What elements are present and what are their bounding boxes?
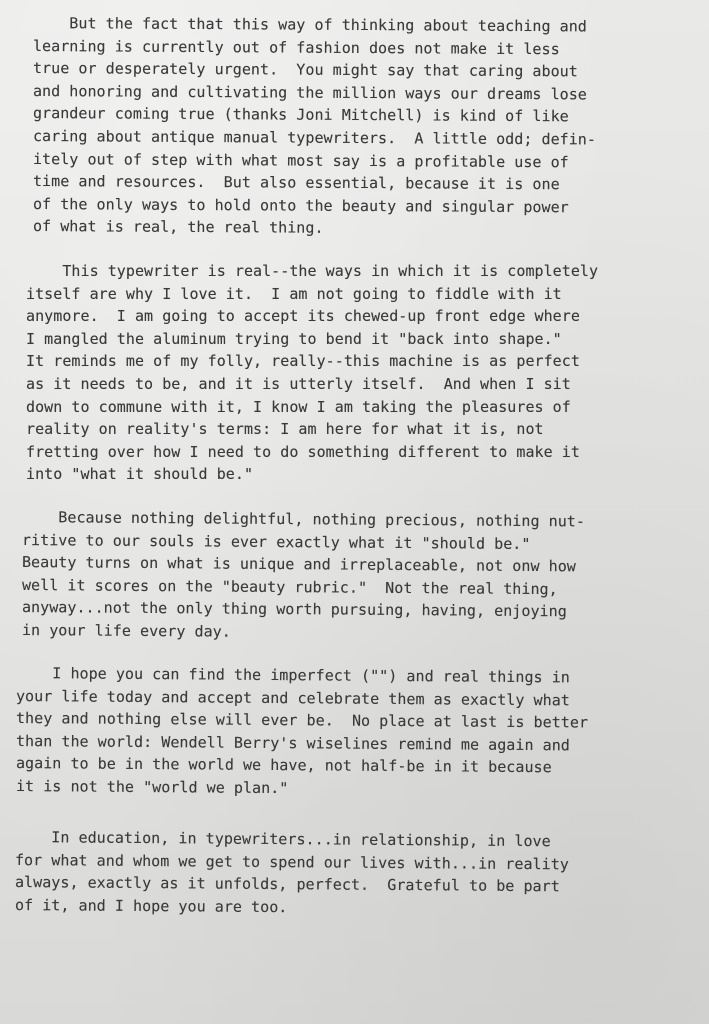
paragraph-nothing-delightful: Because nothing delightful, nothing prec… [22, 506, 585, 642]
text-line: But the fact that this way of thinking a… [33, 12, 596, 38]
typewritten-page: But the fact that this way of thinking a… [0, 0, 709, 1024]
text-line: into "what it should be." [26, 463, 598, 486]
text-line: grandeur coming true (thanks Joni Mitche… [33, 102, 596, 128]
text-line: fretting over how I need to do something… [26, 441, 598, 464]
text-line: This typewriter is real--the ways in whi… [26, 260, 598, 283]
text-line: itself are why I love it. I am not going… [26, 283, 598, 306]
text-line: as it needs to be, and it is utterly its… [26, 373, 598, 396]
text-line: caring about antique manual typewriters.… [33, 125, 596, 151]
text-line: I mangled the aluminum trying to bend it… [26, 328, 598, 351]
text-line: it is not the "world we plan." [16, 775, 588, 802]
text-line: reality on reality's terms: I am here fo… [26, 418, 598, 441]
text-line: in your life every day. [22, 619, 585, 646]
paragraph-closing: In education, in typewriters...in relati… [15, 826, 569, 916]
text-line: time and resources. But also essential, … [33, 170, 596, 196]
text-line: down to commune with it, I know I am tak… [26, 396, 598, 419]
text-line: It reminds me of my folly, really--this … [26, 350, 598, 373]
text-line: anymore. I am going to accept its chewed… [26, 305, 598, 328]
paragraph-find-the-imperfect: I hope you can find the imperfect ("") a… [16, 662, 588, 798]
paragraph-teaching-out-of-fashion: But the fact that this way of thinking a… [33, 12, 596, 238]
text-line: true or desperately urgent. You might sa… [33, 57, 596, 83]
paragraph-typewriter-is-real: This typewriter is real--the ways in whi… [26, 260, 598, 486]
text-line: of it, and I hope you are too. [15, 894, 569, 921]
text-line: of what is real, the real thing. [33, 215, 596, 241]
